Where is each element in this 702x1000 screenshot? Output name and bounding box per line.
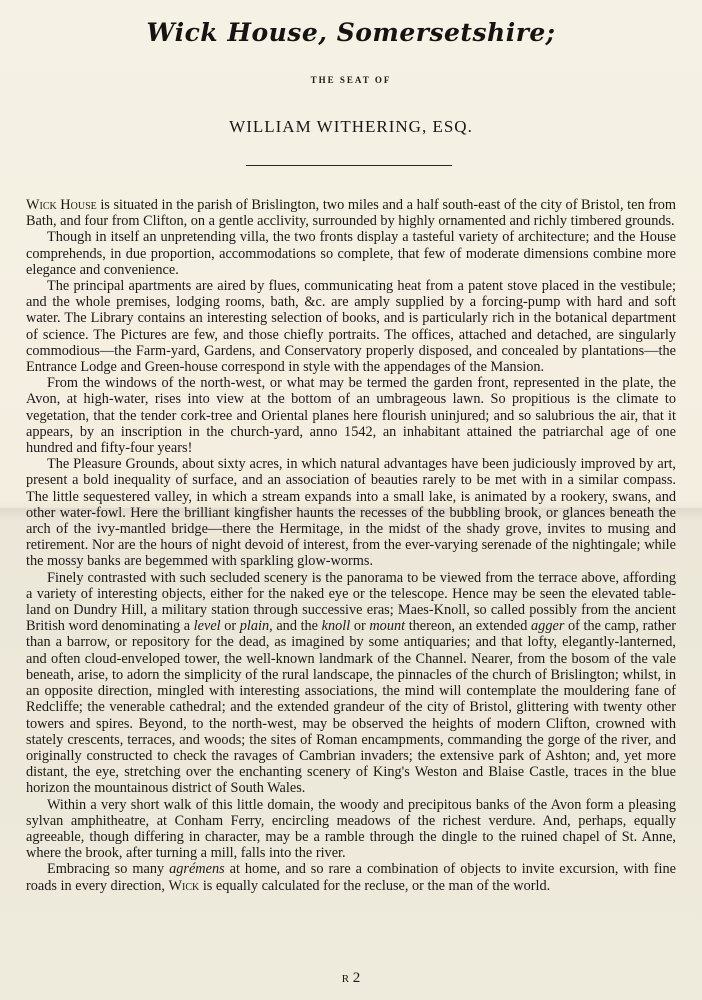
paragraph-7: Within a very short walk of this little …	[26, 797, 676, 862]
paragraph-1: Wick House is situated in the parish of …	[26, 197, 676, 229]
text-run: thereon, an extended	[405, 618, 531, 634]
italic-term: plain	[240, 618, 269, 634]
paragraph-4: From the windows of the north-west, or w…	[26, 375, 676, 456]
paragraph-1-text: is situated in the parish of Brislington…	[26, 197, 676, 229]
page-title: Wick House, Somersetshire;	[0, 18, 702, 47]
title-divider	[246, 165, 452, 166]
italic-term: mount	[369, 618, 405, 634]
text-run: of the camp, rather than a barrow, or re…	[26, 618, 676, 796]
italic-term: level	[194, 618, 221, 634]
paragraph-2: Though in itself an unpretending villa, …	[26, 229, 676, 278]
italic-term: agrémens	[169, 861, 225, 877]
text-run: or	[221, 618, 240, 634]
signature-mark: R 2	[0, 970, 702, 987]
paragraph-8: Embracing so many agrémens at home, and …	[26, 861, 676, 893]
text-run: or	[350, 618, 369, 634]
lead-in-small-caps: Wick House	[26, 197, 97, 213]
text-run: is equally calculated for the recluse, o…	[199, 878, 550, 894]
signature-number: 2	[353, 970, 361, 986]
text-run: , and the	[269, 618, 321, 634]
document-page: Wick House, Somersetshire; THE SEAT OF W…	[0, 0, 702, 1000]
paragraph-5: The Pleasure Grounds, about sixty acres,…	[26, 456, 676, 569]
owner-name: WILLIAM WITHERING, ESQ.	[0, 117, 702, 137]
small-caps-term: Wick	[169, 878, 200, 894]
italic-term: knoll	[322, 618, 351, 634]
paragraph-6: Finely contrasted with such secluded sce…	[26, 570, 676, 797]
page-subtitle: THE SEAT OF	[0, 75, 702, 85]
body-text: Wick House is situated in the parish of …	[26, 197, 676, 894]
paragraph-3: The principal apartments are aired by fl…	[26, 278, 676, 375]
italic-term: agger	[531, 618, 564, 634]
signature-letter: R	[342, 973, 349, 985]
text-run: Embracing so many	[47, 861, 169, 877]
